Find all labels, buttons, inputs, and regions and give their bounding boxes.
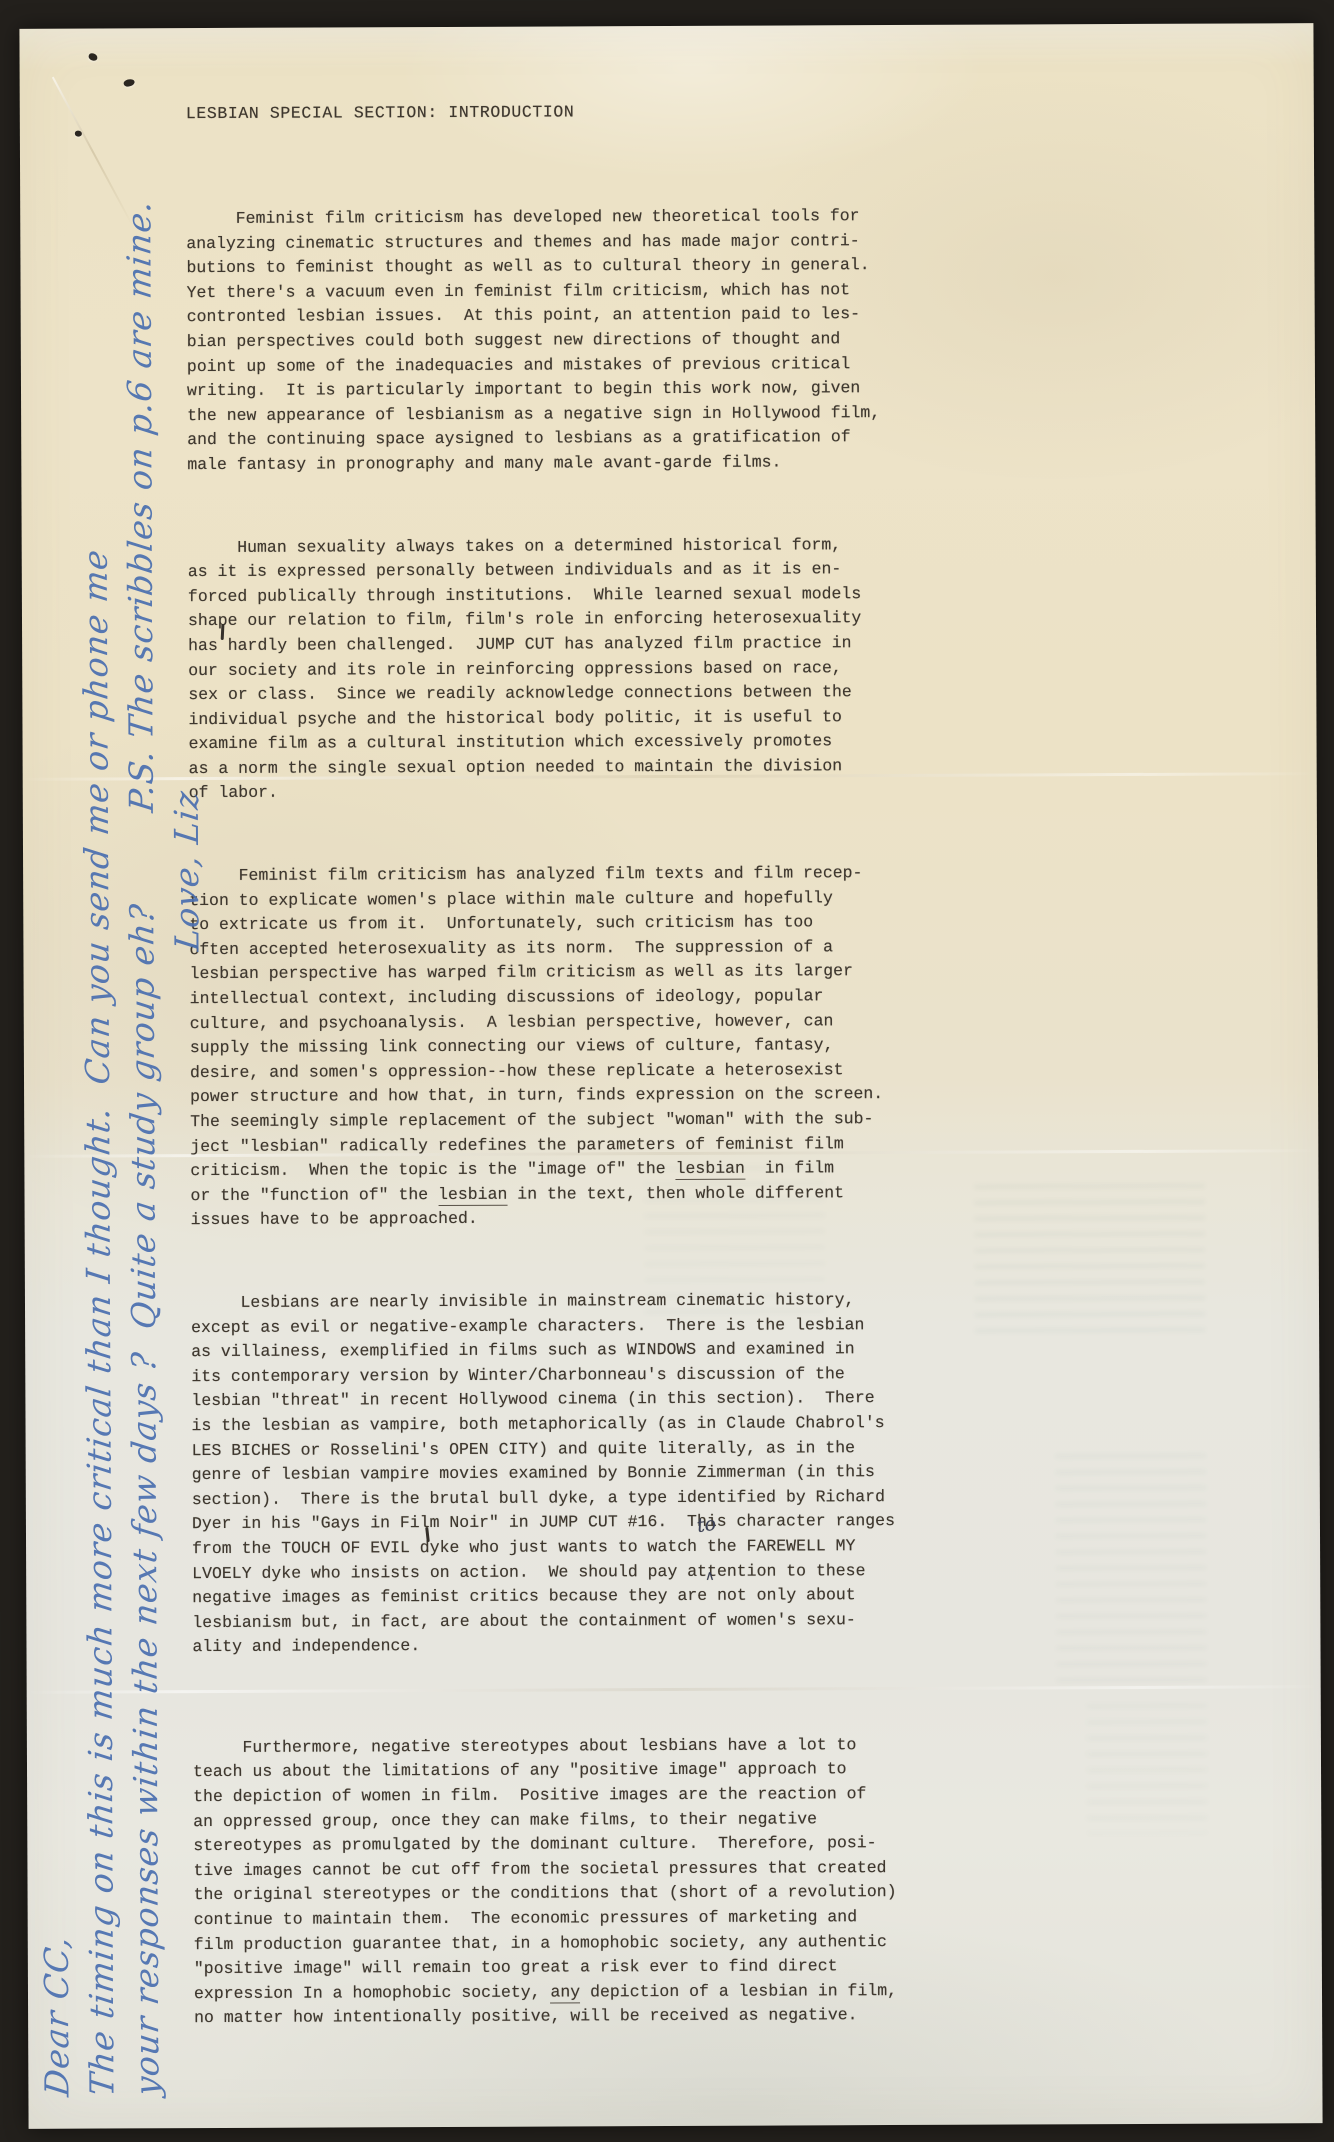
show-through	[974, 1184, 1205, 1335]
typewritten-line: has hardly been challenged. JUMP CUT has…	[188, 631, 948, 659]
typewritten-line: Lesbians are nearly invisible in mainstr…	[191, 1288, 951, 1316]
typewritten-line: teach us about the limitations of any "p…	[193, 1757, 953, 1785]
margin-note-line: Dear CC,	[26, 98, 80, 2098]
paragraph-1: Feminist film criticism has developed ne…	[186, 204, 947, 478]
typewritten-line: analyzing cinematic structures and theme…	[186, 228, 946, 256]
scan-background: { "scan": { "background_color": "#23201c…	[0, 0, 1334, 2142]
paragraph-4: Lesbians are nearly invisible in mainstr…	[191, 1288, 953, 1660]
typewritten-line: as a norm the single sexual option neede…	[189, 754, 949, 782]
typewritten-line: its contemporary version by Winter/Charb…	[191, 1362, 951, 1390]
typewritten-line: as it is expressed personally between in…	[188, 557, 948, 585]
typewritten-line: continue to maintain them. The economic …	[194, 1905, 954, 1933]
typewritten-line: shape our relation to film, film's role …	[188, 606, 948, 634]
typewritten-line: lesbian perspective has warped film crit…	[190, 959, 950, 987]
corner-crease	[52, 77, 134, 228]
typewritten-line: film production guarantee that, in a hom…	[194, 1929, 954, 1957]
typewritten-line: is the lesbian as vampire, both metaphor…	[191, 1411, 951, 1439]
paragraph-5: Furthermore, negative stereotypes about …	[193, 1733, 954, 2031]
typewritten-line: Dyer in his "Gays in Film Noir" in JUMP …	[192, 1509, 952, 1537]
typewritten-line: The seemingly simple replacement of the …	[190, 1107, 950, 1135]
staple-mark	[123, 78, 135, 88]
typewritten-line: the new appearance of lesbianism as a ne…	[187, 401, 947, 429]
typewritten-line: no matter how intentionally positive, wi…	[194, 2003, 954, 2031]
paragraph-3: Feminist film criticism has analyzed fil…	[189, 861, 951, 1233]
typewritten-line: writing. It is particularly important to…	[187, 376, 947, 404]
typewritten-line: butions to feminist thought as well as t…	[186, 253, 946, 281]
typewritten-line: of labor.	[189, 778, 949, 806]
typewritten-line: tive images cannot be cut off from the s…	[193, 1856, 953, 1884]
show-through	[1087, 1704, 1208, 1835]
typewritten-text: Feminist film criticism has developed ne…	[186, 204, 954, 2031]
underlined-word: lesbian	[676, 1159, 745, 1180]
margin-note-line: your responses within the next few days …	[116, 98, 170, 2098]
typewritten-line: except as evil or negative-example chara…	[191, 1312, 951, 1340]
typewritten-line: examine film as a cultural institution w…	[188, 729, 948, 757]
typewritten-line: sex or class. Since we readily acknowled…	[188, 680, 948, 708]
typewritten-line: power structure and how that, in turn, f…	[190, 1082, 950, 1110]
typewritten-line: to extricate us from it. Unfortunately, …	[189, 910, 949, 938]
typewritten-line: lesbianism but, in fact, are about the c…	[192, 1607, 952, 1635]
margin-note-line: The timing on this is much more critical…	[71, 98, 125, 2098]
typewritten-line: or the "function of" the lesbian in the …	[190, 1181, 950, 1209]
typewritten-line: issues have to be approached.	[191, 1205, 951, 1233]
typewritten-line: section). There is the brutal bull dyke,…	[192, 1484, 952, 1512]
typewritten-line: Feminist film criticism has analyzed fil…	[189, 861, 949, 889]
typewritten-line: desire, and somen's oppression--how thes…	[190, 1058, 950, 1086]
typewritten-line: point up some of the inadequacies and mi…	[187, 351, 947, 379]
page-title: LESBIAN SPECIAL SECTION: INTRODUCTION	[186, 102, 575, 123]
typewritten-line: LES BICHES or Rosselini's OPEN CITY) and…	[192, 1435, 952, 1463]
typewritten-line: an oppressed group, once they can make f…	[193, 1806, 953, 1834]
typewritten-line: negative images as feminist critics beca…	[192, 1583, 952, 1611]
typewritten-line: forced publically through institutions. …	[188, 582, 948, 610]
typewritten-line: tion to explicate women's place within m…	[189, 885, 949, 913]
underlined-word: any	[550, 1982, 580, 2003]
typewritten-line: stereotypes as promulgated by the domina…	[193, 1831, 953, 1859]
typewritten-line: culture, and psychoanalysis. A lesbian p…	[190, 1008, 950, 1036]
typewritten-line: from the TOUCH OF EVIL dyke who just wan…	[192, 1534, 952, 1562]
typewritten-line: genre of lesbian vampire movies examined…	[192, 1460, 952, 1488]
typewritten-line: often accepted heterosexuality as its no…	[189, 935, 949, 963]
typewritten-line: intellectual context, including discussi…	[190, 984, 950, 1012]
typewritten-line: "positive image" will remain too great a…	[194, 1954, 954, 1982]
typewritten-line: the original stereotypes or the conditio…	[194, 1880, 954, 1908]
typewritten-line: lesbian "threat" in recent Hollywood cin…	[191, 1386, 951, 1414]
paragraph-2: Human sexuality always takes on a determ…	[188, 532, 949, 806]
show-through	[1056, 1454, 1207, 1685]
typewritten-line: individual psyche and the historical bod…	[188, 704, 948, 732]
typewritten-line: Feminist film criticism has developed ne…	[186, 204, 946, 232]
staple-mark	[75, 131, 82, 137]
typewritten-line: supply the missing link connecting our v…	[190, 1033, 950, 1061]
typewritten-line: as villainess, exemplified in films such…	[191, 1337, 951, 1365]
typewritten-line: expression In a homophobic society, any …	[194, 1979, 954, 2007]
staple-mark	[88, 52, 99, 62]
typewritten-line: bian perspectives could both suggest new…	[187, 327, 947, 355]
typewritten-line: Yet there's a vacuum even in feminist fi…	[187, 278, 947, 306]
typewritten-line: Furthermore, negative stereotypes about …	[193, 1733, 953, 1761]
typewritten-line: contronted lesbian issues. At this point…	[187, 302, 947, 330]
typewritten-line: our society and its role in reinforcing …	[188, 655, 948, 683]
handwritten-insert-word: to	[695, 1512, 717, 1539]
typewritten-line: ject "lesbian" radically redefines the p…	[190, 1131, 950, 1159]
typewritten-line: ality and independence.	[192, 1632, 952, 1660]
typewritten-line: criticism. When the topic is the "image …	[190, 1156, 950, 1184]
typewritten-line: LVOELY dyke who insists on action. We sh…	[192, 1558, 952, 1586]
scanned-page: LESBIAN SPECIAL SECTION: INTRODUCTION Fe…	[19, 23, 1322, 2129]
typewritten-line: male fantasy in pronography and many mal…	[187, 450, 947, 478]
typewritten-line: and the continuing space aysigned to les…	[187, 425, 947, 453]
underlined-word: lesbian	[438, 1184, 507, 1205]
typewritten-line: the depiction of women in film. Positive…	[193, 1782, 953, 1810]
typewritten-line: Human sexuality always takes on a determ…	[188, 532, 948, 560]
